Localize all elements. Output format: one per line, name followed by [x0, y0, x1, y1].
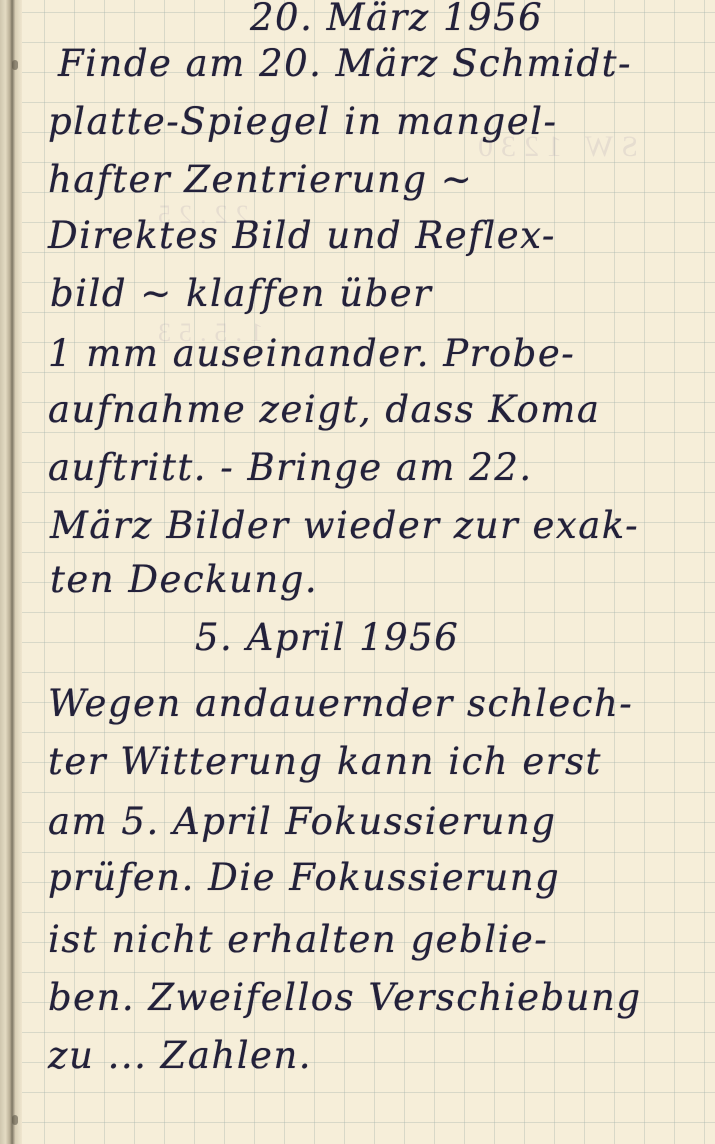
notebook-spine — [0, 0, 22, 1144]
entry-line: platte-Spiegel in mangel- — [48, 100, 557, 143]
entry-line: Finde am 20. März Schmidt- — [58, 42, 632, 85]
entry-line: am 5. April Fokussierung — [48, 800, 556, 843]
notebook-page: SW 1230 22.25 1.5.53 20. März 1956 Finde… — [0, 0, 715, 1144]
entry-line: ter Witterung kann ich erst — [48, 740, 602, 783]
entry-line: hafter Zentrierung ~ — [48, 158, 473, 201]
binding-hole — [12, 1115, 18, 1125]
entry-line: März Bilder wieder zur exak- — [50, 504, 639, 547]
entry-line: bild ~ klaffen über — [50, 272, 432, 315]
entry-line: 1 mm auseinander. Probe- — [48, 332, 575, 375]
entry-line: prüfen. Die Fokussierung — [48, 856, 560, 899]
entry-line: aufnahme zeigt, dass Koma — [48, 388, 600, 431]
entry-line: ist nicht erhalten geblie- — [48, 918, 548, 961]
entry-line: ten Deckung. — [50, 558, 318, 601]
binding-hole — [12, 60, 18, 70]
entry-line: Wegen andauernder schlech- — [48, 682, 633, 725]
entry-line: ben. Zweifellos Verschiebung — [48, 976, 642, 1019]
entry-date: 20. März 1956 — [250, 0, 543, 39]
entry-line: auftritt. - Bringe am 22. — [48, 446, 533, 489]
entry-line: Direktes Bild und Reflex- — [48, 214, 556, 257]
entry-line: zu ... Zahlen. — [48, 1034, 312, 1077]
entry-date: 5. April 1956 — [195, 616, 459, 659]
